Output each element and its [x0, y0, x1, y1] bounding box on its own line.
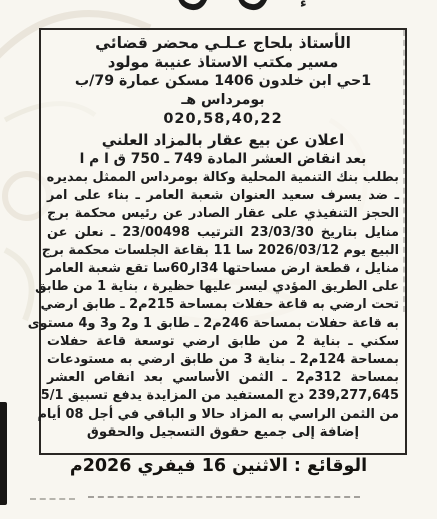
notice-body-line: منايل بتاريخ 23/03/30 الترتيب 23/00498 ـ…: [47, 224, 399, 242]
notice-closing-line: إضافة إلى جميع حقوق التسجيل والحقوق: [47, 424, 399, 442]
scan-edge-artifact: [0, 402, 7, 505]
footer-dashed-rule-left: [30, 498, 75, 500]
notice-body-line: منايل ، قطعة ارض مساحتها 34ار60سا تقع شع…: [47, 260, 399, 278]
notice-subtitle: بعد انقاض العشر المادة 749 ـ 750 ق ا م ا: [47, 150, 399, 169]
notice-body-line: تحت ارضي به قاعة حفلات بمساحة 215م2 ـ طا…: [47, 296, 399, 314]
notice-body-line: به قاعة حفلات بمساحة 246م2 ـ طابق 1 و2 و…: [47, 315, 399, 333]
notice-body-line: البيع يوم 2026/03/12 سا 11 بقاعة الجلسات…: [47, 242, 399, 260]
legal-notice-box: الأستاذ بلحاج عـلـي محضر قضائي مسير مكتب…: [39, 28, 407, 455]
bailiff-name-line: الأستاذ بلحاج عـلـي محضر قضائي: [47, 33, 399, 53]
phone-number: 020,58,40,22: [47, 110, 399, 128]
notice-body-line: سكني ـ بناية 2 من طابق ارضي توسعة قاعة ح…: [47, 333, 399, 351]
notice-body-line: الحجز التنفيذي على عقار الصادر عن رئيس م…: [47, 205, 399, 223]
notice-body-line: بمساحة 124م2 ـ بناية 3 من طابق ارضي به م…: [47, 351, 399, 369]
office-address-line: 1حي ابن خلدون 1406 مسكن عمارة 79/ب بومرد…: [47, 72, 399, 110]
notice-body-line: ـ ضد يسرف سعيد العنوان شعبة العامر ـ بنا…: [47, 187, 399, 205]
notice-body-line: من الثمن الراسي به المزاد حالا و الباقي …: [47, 406, 399, 424]
notice-body-line: 239,277,645 دج المستفيد من المزايدة يدفع…: [47, 387, 399, 405]
hamza-glyph-fragment: ء: [300, 0, 307, 11]
notice-body-line: بطلب بنك التنمية المحلية وكالة بومرداس ا…: [47, 169, 399, 187]
office-manager-line: مسير مكتب الاستاذ عنيبة مولود: [47, 53, 399, 72]
notice-body-line: على الطريق المؤدي ليسر عليها حظيرة ، بنا…: [47, 278, 399, 296]
footer-dashed-rule: [88, 496, 360, 498]
notice-body-line: بمساحة 312م2 ـ الثمن الأساسي بعد انقاص ا…: [47, 369, 399, 387]
newspaper-date-line: الوقائع : الاثنين 16 فيفري 2026م: [0, 456, 437, 476]
notice-title: اعلان عن بيع عقار بالمزاد العلني: [47, 130, 399, 150]
scanned-newspaper-page: { "page": { "paper_color": "#f8f6f0", "i…: [0, 0, 437, 519]
torn-text-fragment-icon: [150, 0, 340, 14]
